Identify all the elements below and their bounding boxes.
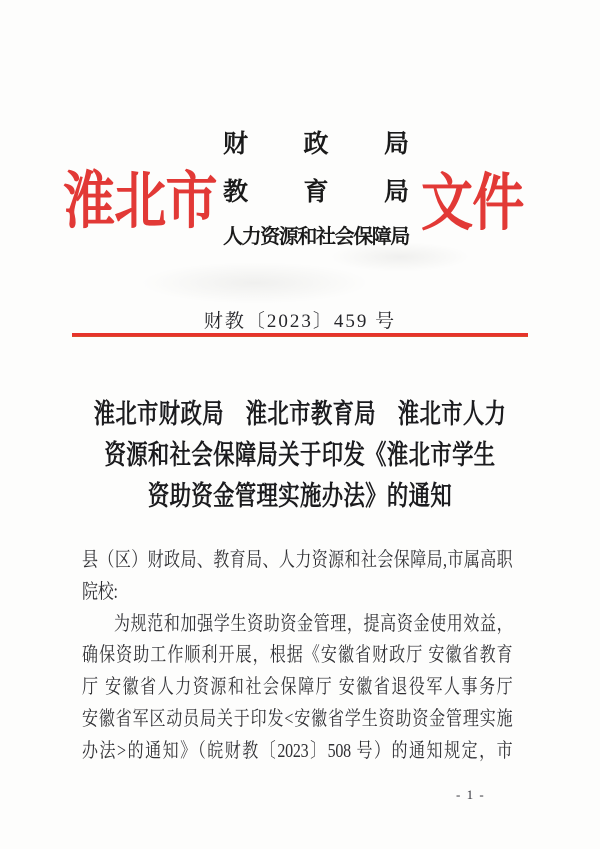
scanned-document-page: 淮北市 财政局 教育局 人力资源和社会保障局 文件 财教〔2023〕459 号 …	[0, 0, 600, 849]
red-separator-line	[72, 333, 528, 337]
title-line: 淮北市财政局 淮北市教育局 淮北市人力	[79, 394, 521, 435]
paragraph-line: 为规范和加强学生资助资金管理，提高资金使用效益，	[82, 609, 512, 641]
page-number: - 1 -	[456, 787, 485, 803]
document-type-label: 文件	[421, 173, 523, 235]
document-title: 淮北市财政局 淮北市教育局 淮北市人力 资源和社会保障局关于印发《淮北市学生 资…	[79, 394, 521, 517]
paragraph-line: 厅 安徽省人力资源和社会保障厅 安徽省退役军人事务厅	[82, 672, 512, 704]
title-line: 资源和社会保障局关于印发《淮北市学生	[79, 435, 521, 476]
paragraph-line: 办法>的通知》（皖财教〔2023〕508 号）的通知规定，市	[82, 736, 512, 768]
paragraph-line: 安徽省军区动员局关于印发<安徽省学生资助资金管理实施	[82, 704, 512, 736]
title-line: 资助资金管理实施办法》的通知	[79, 476, 521, 517]
issuing-city-name: 淮北市	[63, 171, 217, 233]
agency-finance-bureau: 财政局	[223, 132, 465, 157]
salutation-line: 院校:	[82, 577, 512, 609]
document-number: 财教〔2023〕459 号	[0, 306, 600, 333]
scan-artifact	[140, 262, 370, 304]
agency-human-resources-bureau: 人力资源和社会保障局	[223, 227, 409, 247]
document-body: 县（区）财政局、教育局、人力资源和社会保障局,市属高职 院校: 为规范和加强学生…	[82, 545, 512, 768]
salutation-line: 县（区）财政局、教育局、人力资源和社会保障局,市属高职	[82, 545, 512, 577]
paragraph-line: 确保资助工作顺利开展，根据《安徽省财政厅 安徽省教育	[82, 640, 512, 672]
agency-name-column: 财政局 教育局 人力资源和社会保障局	[223, 132, 409, 247]
